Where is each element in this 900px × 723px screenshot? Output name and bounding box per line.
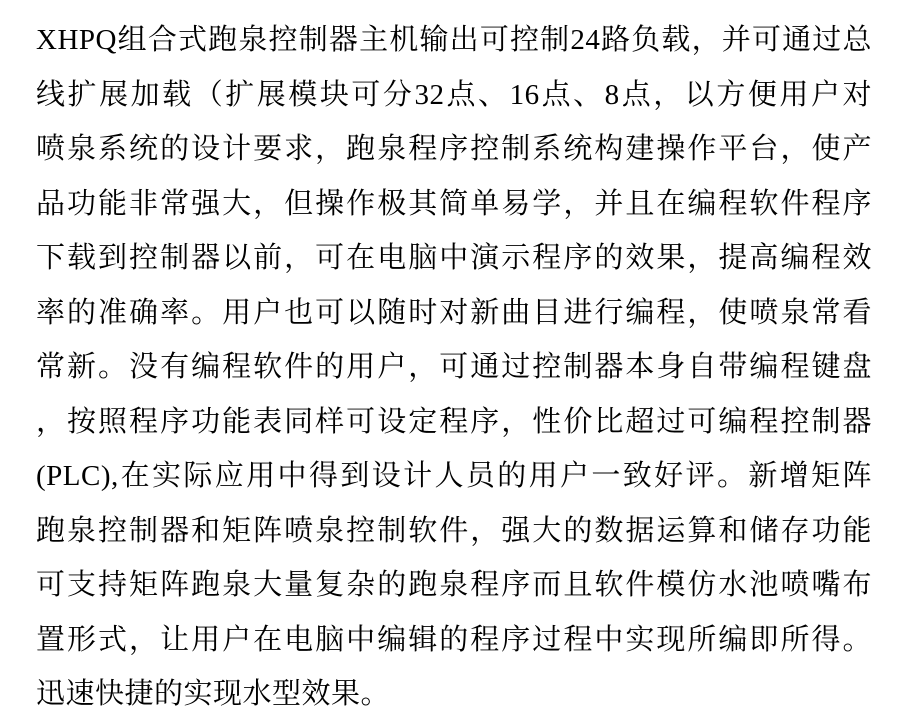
paragraph-line-7: 常新。没有编程软件的用户，可通过控制器本身自带编程键盘 — [36, 340, 872, 395]
paragraph-line-10: 跑泉控制器和矩阵喷泉控制软件，强大的数据运算和储存功能 — [36, 504, 872, 559]
paragraph-line-2: 线扩展加载（扩展模块可分32点、16点、8点，以方便用户对 — [36, 68, 872, 123]
paragraph-line-1: XHPQ组合式跑泉控制器主机输出可控制24路负载，并可通过总 — [36, 13, 872, 68]
paragraph-line-11: 可支持矩阵跑泉大量复杂的跑泉程序而且软件模仿水池喷嘴布 — [36, 558, 872, 613]
paragraph-line-12: 置形式，让用户在电脑中编辑的程序过程中实现所编即所得。 — [36, 613, 872, 668]
paragraph-line-5: 下载到控制器以前，可在电脑中演示程序的效果，提高编程效 — [36, 231, 872, 286]
paragraph-line-13: 迅速快捷的实现水型效果。 — [36, 667, 872, 722]
paragraph: XHPQ组合式跑泉控制器主机输出可控制24路负载，并可通过总 线扩展加载（扩展模… — [36, 13, 872, 722]
paragraph-line-4: 品功能非常强大，但操作极其简单易学，并且在编程软件程序 — [36, 177, 872, 232]
paragraph-line-8: ，按照程序功能表同样可设定程序，性价比超过可编程控制器 — [36, 395, 872, 450]
paragraph-line-3: 喷泉系统的设计要求，跑泉程序控制系统构建操作平台，使产 — [36, 122, 872, 177]
paragraph-line-9: (PLC),在实际应用中得到设计人员的用户一致好评。新增矩阵 — [36, 449, 872, 504]
paragraph-line-6: 率的准确率。用户也可以随时对新曲目进行编程，使喷泉常看 — [36, 286, 872, 341]
document-page: XHPQ组合式跑泉控制器主机输出可控制24路负载，并可通过总 线扩展加载（扩展模… — [0, 0, 900, 723]
